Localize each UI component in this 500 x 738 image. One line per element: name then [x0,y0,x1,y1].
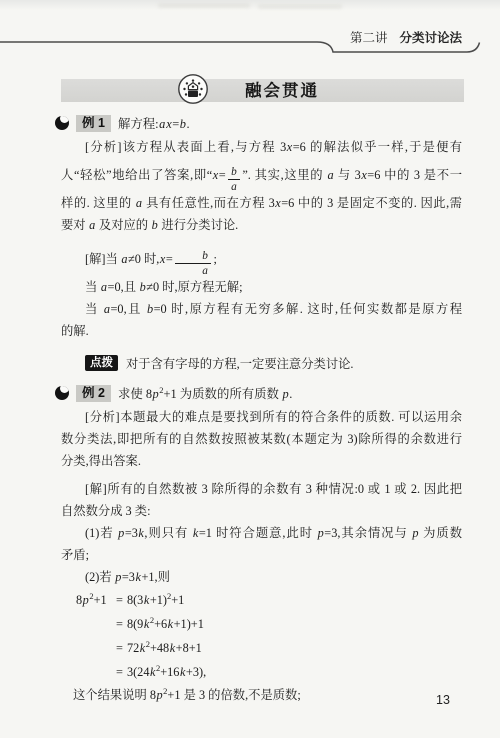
text-line: 当 a=0,且 b≠0 时,原方程无解; [61,276,462,298]
text-line: 要对 a 及对应的 b 进行分类讨论. [61,214,462,236]
equation-row: 8p2+1=8(3k+1)2+1 [61,588,462,612]
page-number: 13 [436,693,450,707]
equals-sign: = [112,665,127,679]
example1-solution: [解]当 a≠0 时,x=ba;当 a=0,且 b≠0 时,原方程无解;当 a=… [61,242,462,342]
text-line: 的解. [61,320,462,342]
text-line: 矛盾; [61,544,462,566]
page-content: 例 1 解方程:ax=b. [分析]该方程从表面上看,与方程 3x=6 的解法似… [61,110,462,706]
chapter-header-text: 第二讲 分类讨论法 [350,31,462,45]
equation-rhs: 3(24k2+16k+3), [127,665,206,679]
lecture-title: 分类讨论法 [400,31,463,45]
lecture-number: 第二讲 [350,31,388,45]
text-line: 人“轻松”地给出了答案,即“x=ba”. 其实,这里的 a 与 3x=6 中的 … [61,158,462,192]
example-marker-icon [55,386,69,400]
tip-row: 点拨 对于含有字母的方程,一定要注意分类讨论. [85,352,462,374]
scan-artifact [258,4,342,9]
text-line: [分析]该方程从表面上看,与方程 3x=6 的解法似乎一样,于是便有 [61,136,462,158]
example1-analysis: [分析]该方程从表面上看,与方程 3x=6 的解法似乎一样,于是便有人“轻松”地… [61,136,462,236]
text-line: (1)若 p=3k,则只有 k=1 时符合题意,此时 p=3,其余情况与 p 为… [61,522,462,544]
equals-sign: = [112,617,127,631]
equation-block: 8p2+1=8(3k+1)2+1=8(9k2+6k+1)+1=72k2+48k+… [61,588,462,684]
banner-title: 融会贯通 [245,79,319,102]
example2-solution: [解]所有的自然数被 3 除所得的余数有 3 种情况:0 或 1 或 2. 因此… [61,478,462,522]
equation-rhs: 72k2+48k+8+1 [127,641,202,655]
example2-analysis: [分析]本题最大的难点是要找到所有的符合条件的质数. 可以运用余数分类法,即把所… [61,406,462,472]
equation-rhs: 8(9k2+6k+1)+1 [127,617,204,631]
text-line: (2)若 p=3k+1,则 [61,566,462,588]
equation-rhs: 8(3k+1)2+1 [127,593,184,607]
tip-badge: 点拨 [85,355,118,371]
example2-heading: 例 2 求使 8p2+1 为质数的所有质数 p. [55,380,462,406]
text-line: [解]当 a≠0 时,x=ba; [61,242,462,276]
tip-text: 对于含有字母的方程,一定要注意分类讨论. [126,354,354,372]
equation-row: =8(9k2+6k+1)+1 [61,612,462,636]
example-marker-icon [55,116,69,130]
example2-case2: (2)若 p=3k+1,则 [61,566,462,588]
example2-conclusion: 这个结果说明 8p2+1 是 3 的倍数,不是质数; [61,684,462,706]
equation-lhs: 8p2+1 [76,588,112,612]
equals-sign: = [112,593,127,607]
example1-badge: 例 1 [76,115,111,132]
section-banner: 融会贯通 [61,79,464,102]
page-top-shadow [0,0,500,10]
equation-row: =3(24k2+16k+3), [61,660,462,684]
equals-sign: = [112,641,127,655]
example1-problem: 解方程:ax=b. [118,114,190,132]
example1-heading: 例 1 解方程:ax=b. [55,110,462,136]
example2-problem: 求使 8p2+1 为质数的所有质数 p. [118,384,292,402]
example2-badge: 例 2 [76,385,111,402]
text-line: 分类,得出答案. [61,450,462,472]
text-line: 当 a=0,且 b=0 时,原方程有无穷多解. 这时,任何实数都是原方程 [61,298,462,320]
lamp-badge-icon [177,73,209,110]
text-line: [分析]本题最大的难点是要找到所有的符合条件的质数. 可以运用余 [61,406,462,428]
equation-row: =72k2+48k+8+1 [61,636,462,660]
text-line: 自然数分成 3 类: [61,500,462,522]
example2-case1: (1)若 p=3k,则只有 k=1 时符合题意,此时 p=3,其余情况与 p 为… [61,522,462,566]
text-line: [解]所有的自然数被 3 除所得的余数有 3 种情况:0 或 1 或 2. 因此… [61,478,462,500]
text-line: 这个结果说明 8p2+1 是 3 的倍数,不是质数; [61,684,462,706]
scan-artifact [158,3,250,8]
text-line: 样的. 这里的 a 具有任意性,而在方程 3x=6 中的 3 是固定不变的. 因… [61,192,462,214]
text-line: 数分类法,即把所有的自然数按照被某数(本题定为 3)除所得的余数进行 [61,428,462,450]
chapter-header-tab: 第二讲 分类讨论法 [0,26,500,60]
